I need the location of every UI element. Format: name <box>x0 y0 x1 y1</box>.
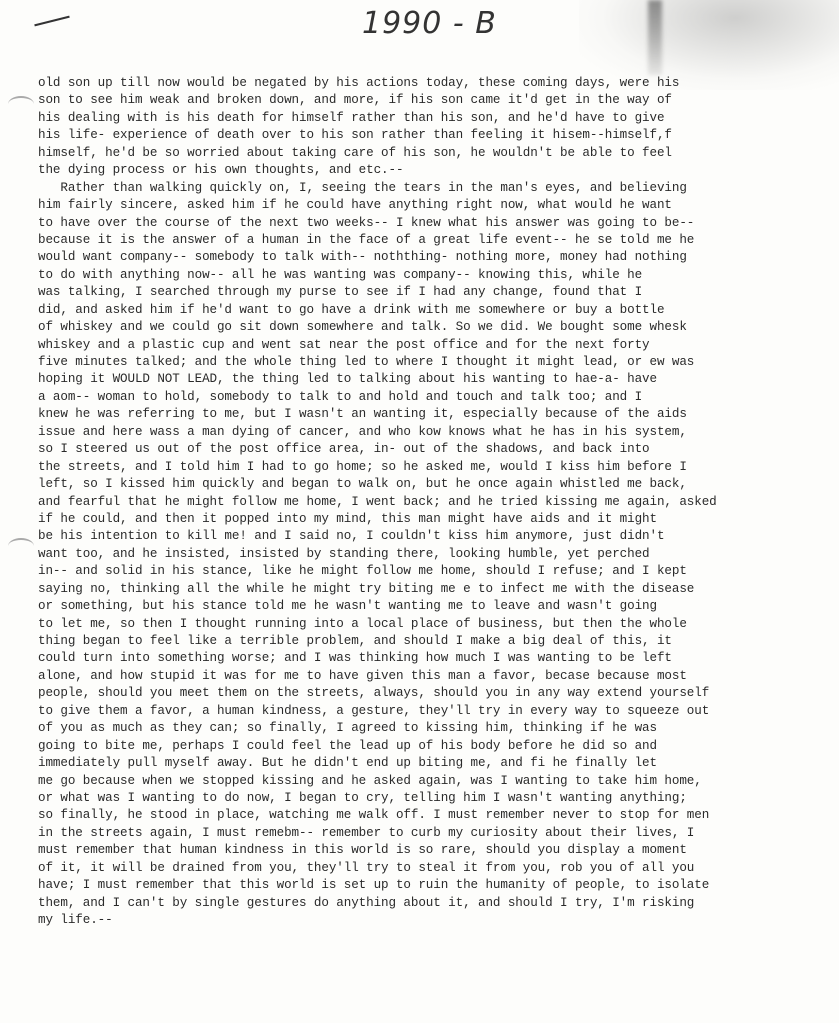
text-line: issue and here wass a man dying of cance… <box>38 424 828 441</box>
text-line: them, and I can't by single gestures do … <box>38 895 828 912</box>
text-line: immediately pull myself away. But he did… <box>38 755 828 772</box>
text-line: a aom-- woman to hold, somebody to talk … <box>38 389 828 406</box>
text-line: people, should you meet them on the stre… <box>38 685 828 702</box>
text-line: if he could, and then it popped into my … <box>38 511 828 528</box>
text-line: so I steered us out of the post office a… <box>38 441 828 458</box>
text-line: of whiskey and we could go sit down some… <box>38 319 828 336</box>
text-line: to let me, so then I thought running int… <box>38 616 828 633</box>
text-line: hoping it WOULD NOT LEAD, the thing led … <box>38 371 828 388</box>
text-line: so finally, he stood in place, watching … <box>38 807 828 824</box>
text-line: of you as much as they can; so finally, … <box>38 720 828 737</box>
text-line: have; I must remember that this world is… <box>38 877 828 894</box>
text-line: himself, he'd be so worried about taking… <box>38 145 828 162</box>
text-line: or something, but his stance told me he … <box>38 598 828 615</box>
text-line: did, and asked him if he'd want to go ha… <box>38 302 828 319</box>
text-line: be his intention to kill me! and I said … <box>38 528 828 545</box>
binder-hole-mark-top <box>8 96 34 112</box>
text-line: left, so I kissed him quickly and began … <box>38 476 828 493</box>
text-line: was talking, I searched through my purse… <box>38 284 828 301</box>
text-line: and fearful that he might follow me home… <box>38 494 828 511</box>
typewritten-body: old son up till now would be negated by … <box>38 75 828 929</box>
text-line: saying no, thinking all the while he mig… <box>38 581 828 598</box>
text-line: five minutes talked; and the whole thing… <box>38 354 828 371</box>
text-line: whiskey and a plastic cup and went sat n… <box>38 337 828 354</box>
text-line: because it is the answer of a human in t… <box>38 232 828 249</box>
text-line: to do with anything now-- all he was wan… <box>38 267 828 284</box>
binder-hole-mark-middle <box>8 538 34 554</box>
text-line: in-- and solid in his stance, like he mi… <box>38 563 828 580</box>
text-line: to have over the course of the next two … <box>38 215 828 232</box>
text-line: alone, and how stupid it was for me to h… <box>38 668 828 685</box>
text-line: knew he was referring to me, but I wasn'… <box>38 406 828 423</box>
text-line: thing began to feel like a terrible prob… <box>38 633 828 650</box>
text-line: his dealing with is his death for himsel… <box>38 110 828 127</box>
text-line: son to see him weak and broken down, and… <box>38 92 828 109</box>
text-line: my life.-- <box>38 912 828 929</box>
text-line: me go because when we stopped kissing an… <box>38 773 828 790</box>
text-line: the dying process or his own thoughts, a… <box>38 162 828 179</box>
text-line: must remember that human kindness in thi… <box>38 842 828 859</box>
text-line: in the streets again, I must remebm-- re… <box>38 825 828 842</box>
text-line: or what was I wanting to do now, I began… <box>38 790 828 807</box>
scan-streak <box>648 0 662 75</box>
text-line: could turn into something worse; and I w… <box>38 650 828 667</box>
text-line: old son up till now would be negated by … <box>38 75 828 92</box>
text-line: going to bite me, perhaps I could feel t… <box>38 738 828 755</box>
text-line: of it, it will be drained from you, they… <box>38 860 828 877</box>
text-line: want too, and he insisted, insisted by s… <box>38 546 828 563</box>
handwritten-dash-mark <box>34 16 69 27</box>
text-line: would want company-- somebody to talk wi… <box>38 249 828 266</box>
text-line: him fairly sincere, asked him if he coul… <box>38 197 828 214</box>
text-line: to give them a favor, a human kindness, … <box>38 703 828 720</box>
handwritten-page-label: 1990 - B <box>362 6 497 41</box>
text-line: the streets, and I told him I had to go … <box>38 459 828 476</box>
text-line: Rather than walking quickly on, I, seein… <box>38 180 828 197</box>
text-line: his life- experience of death over to hi… <box>38 127 828 144</box>
